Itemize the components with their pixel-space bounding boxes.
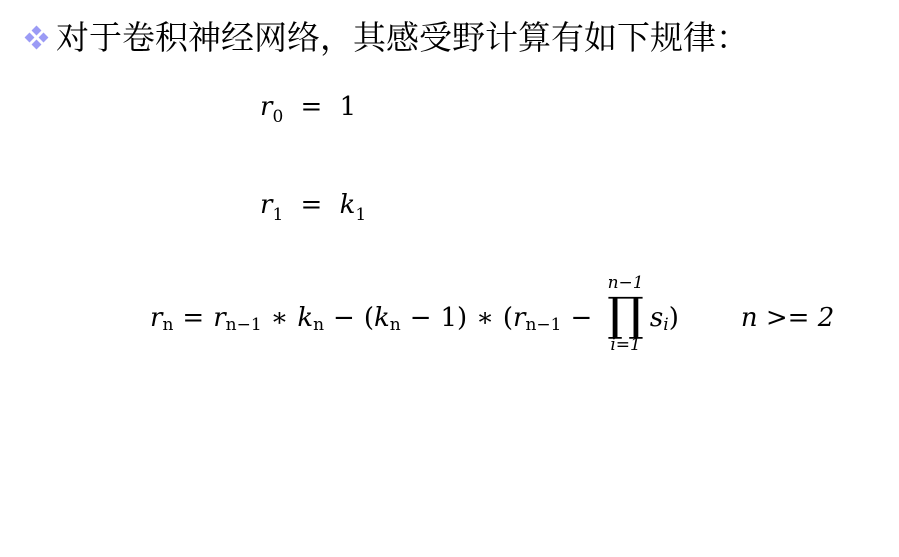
product-operator: n−1 ∏ i=1 — [607, 274, 644, 354]
subscript: 1 — [355, 205, 366, 225]
subscript: 1 — [272, 205, 283, 225]
subscript: n — [162, 315, 173, 335]
var: r — [150, 303, 162, 333]
slide-title: 对于卷积神经网络，其感受野计算有如下规律： — [56, 14, 749, 62]
operator: − — [570, 303, 592, 333]
equation-r0: r0 = 1 — [260, 92, 356, 122]
subscript: i — [663, 315, 668, 335]
operator: = — [301, 92, 323, 122]
var: k — [340, 190, 356, 220]
var: k — [297, 303, 313, 333]
diamond-bullet-icon — [24, 26, 50, 52]
operator: − — [410, 303, 432, 333]
var: r — [260, 190, 272, 220]
var: r — [513, 303, 525, 333]
var: r — [260, 92, 272, 122]
slide-title-row: 对于卷积神经网络，其感受野计算有如下规律： — [24, 14, 749, 62]
paren: ) — [457, 303, 467, 333]
subscript: n — [313, 315, 324, 335]
equation-rn: rn = rn−1 ∗ kn − (kn − 1) ∗ (rn−1 − n−1 … — [150, 278, 834, 358]
value: 1 — [441, 303, 458, 333]
operator: ∗ — [271, 303, 289, 333]
product-icon: ∏ — [607, 292, 644, 336]
condition: n >= 2 — [741, 303, 834, 333]
subscript: n−1 — [525, 315, 561, 335]
var: r — [213, 303, 225, 333]
equation-r1: r1 = k1 — [260, 190, 366, 220]
product-lower-limit: i=1 — [610, 336, 641, 354]
operator: = — [301, 190, 323, 220]
subscript: 0 — [272, 107, 283, 127]
var: k — [374, 303, 390, 333]
paren: ) — [669, 303, 679, 333]
paren: ( — [364, 303, 374, 333]
operator: ∗ — [476, 303, 494, 333]
subscript: n — [390, 315, 401, 335]
var: s — [650, 303, 663, 333]
paren: ( — [503, 303, 513, 333]
operator: − — [333, 303, 355, 333]
subscript: n−1 — [226, 315, 262, 335]
value: 1 — [340, 92, 357, 122]
operator: = — [182, 303, 204, 333]
